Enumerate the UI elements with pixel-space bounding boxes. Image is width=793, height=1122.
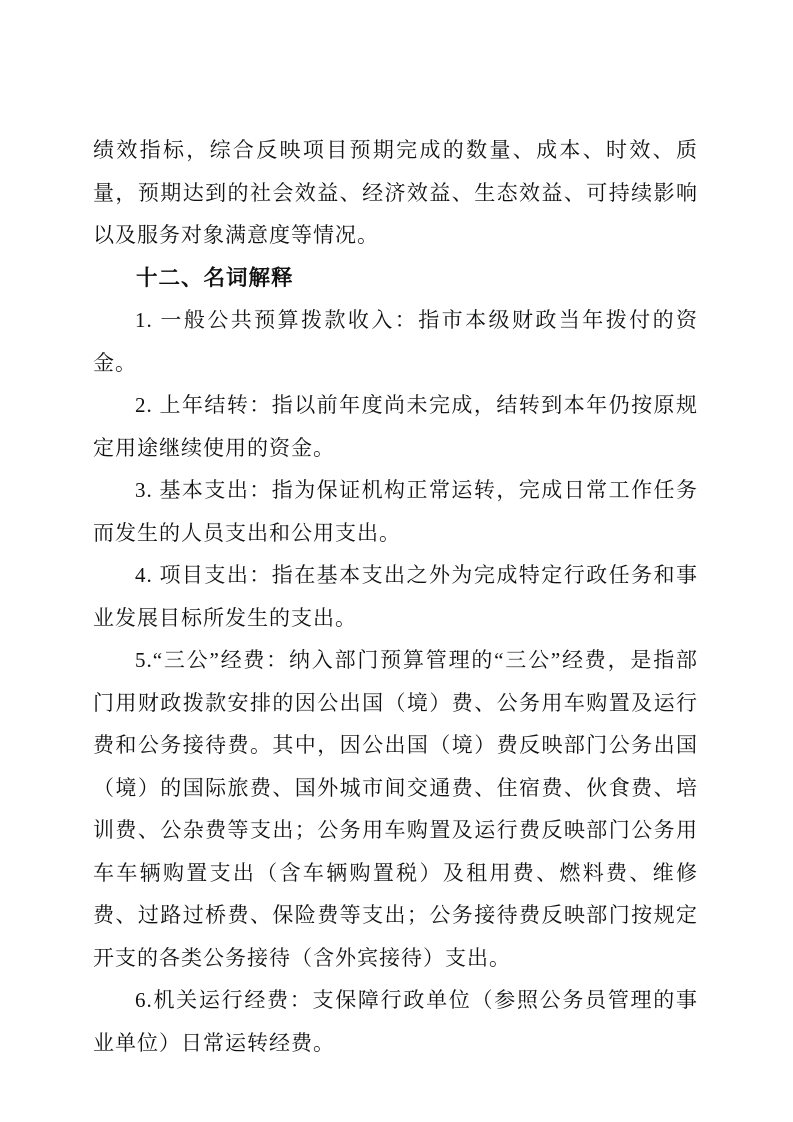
intro-paragraph: 绩效指标，综合反映项目预期完成的数量、成本、时效、质量，预期达到的社会效益、经济… <box>93 129 698 257</box>
section-heading: 十二、名词解释 <box>93 257 698 300</box>
definition-item-4: 4. 项目支出：指在基本支出之外为完成特定行政任务和事业发展目标所发生的支出。 <box>93 554 698 639</box>
document-page: 绩效指标，综合反映项目预期完成的数量、成本、时效、质量，预期达到的社会效益、经济… <box>0 0 793 1122</box>
definition-item-1: 1. 一般公共预算拨款收入：指市本级财政当年拨付的资金。 <box>93 299 698 384</box>
definition-item-2: 2. 上年结转：指以前年度尚未完成，结转到本年仍按原规定用途继续使用的资金。 <box>93 384 698 469</box>
definition-item-6: 6.机关运行经费：支保障行政单位（参照公务员管理的事业单位）日常运转经费。 <box>93 979 698 1064</box>
definition-item-3: 3. 基本支出：指为保证机构正常运转，完成日常工作任务而发生的人员支出和公用支出… <box>93 469 698 554</box>
definition-item-5: 5.“三公”经费：纳入部门预算管理的“三公”经费，是指部门用财政拨款安排的因公出… <box>93 639 698 979</box>
